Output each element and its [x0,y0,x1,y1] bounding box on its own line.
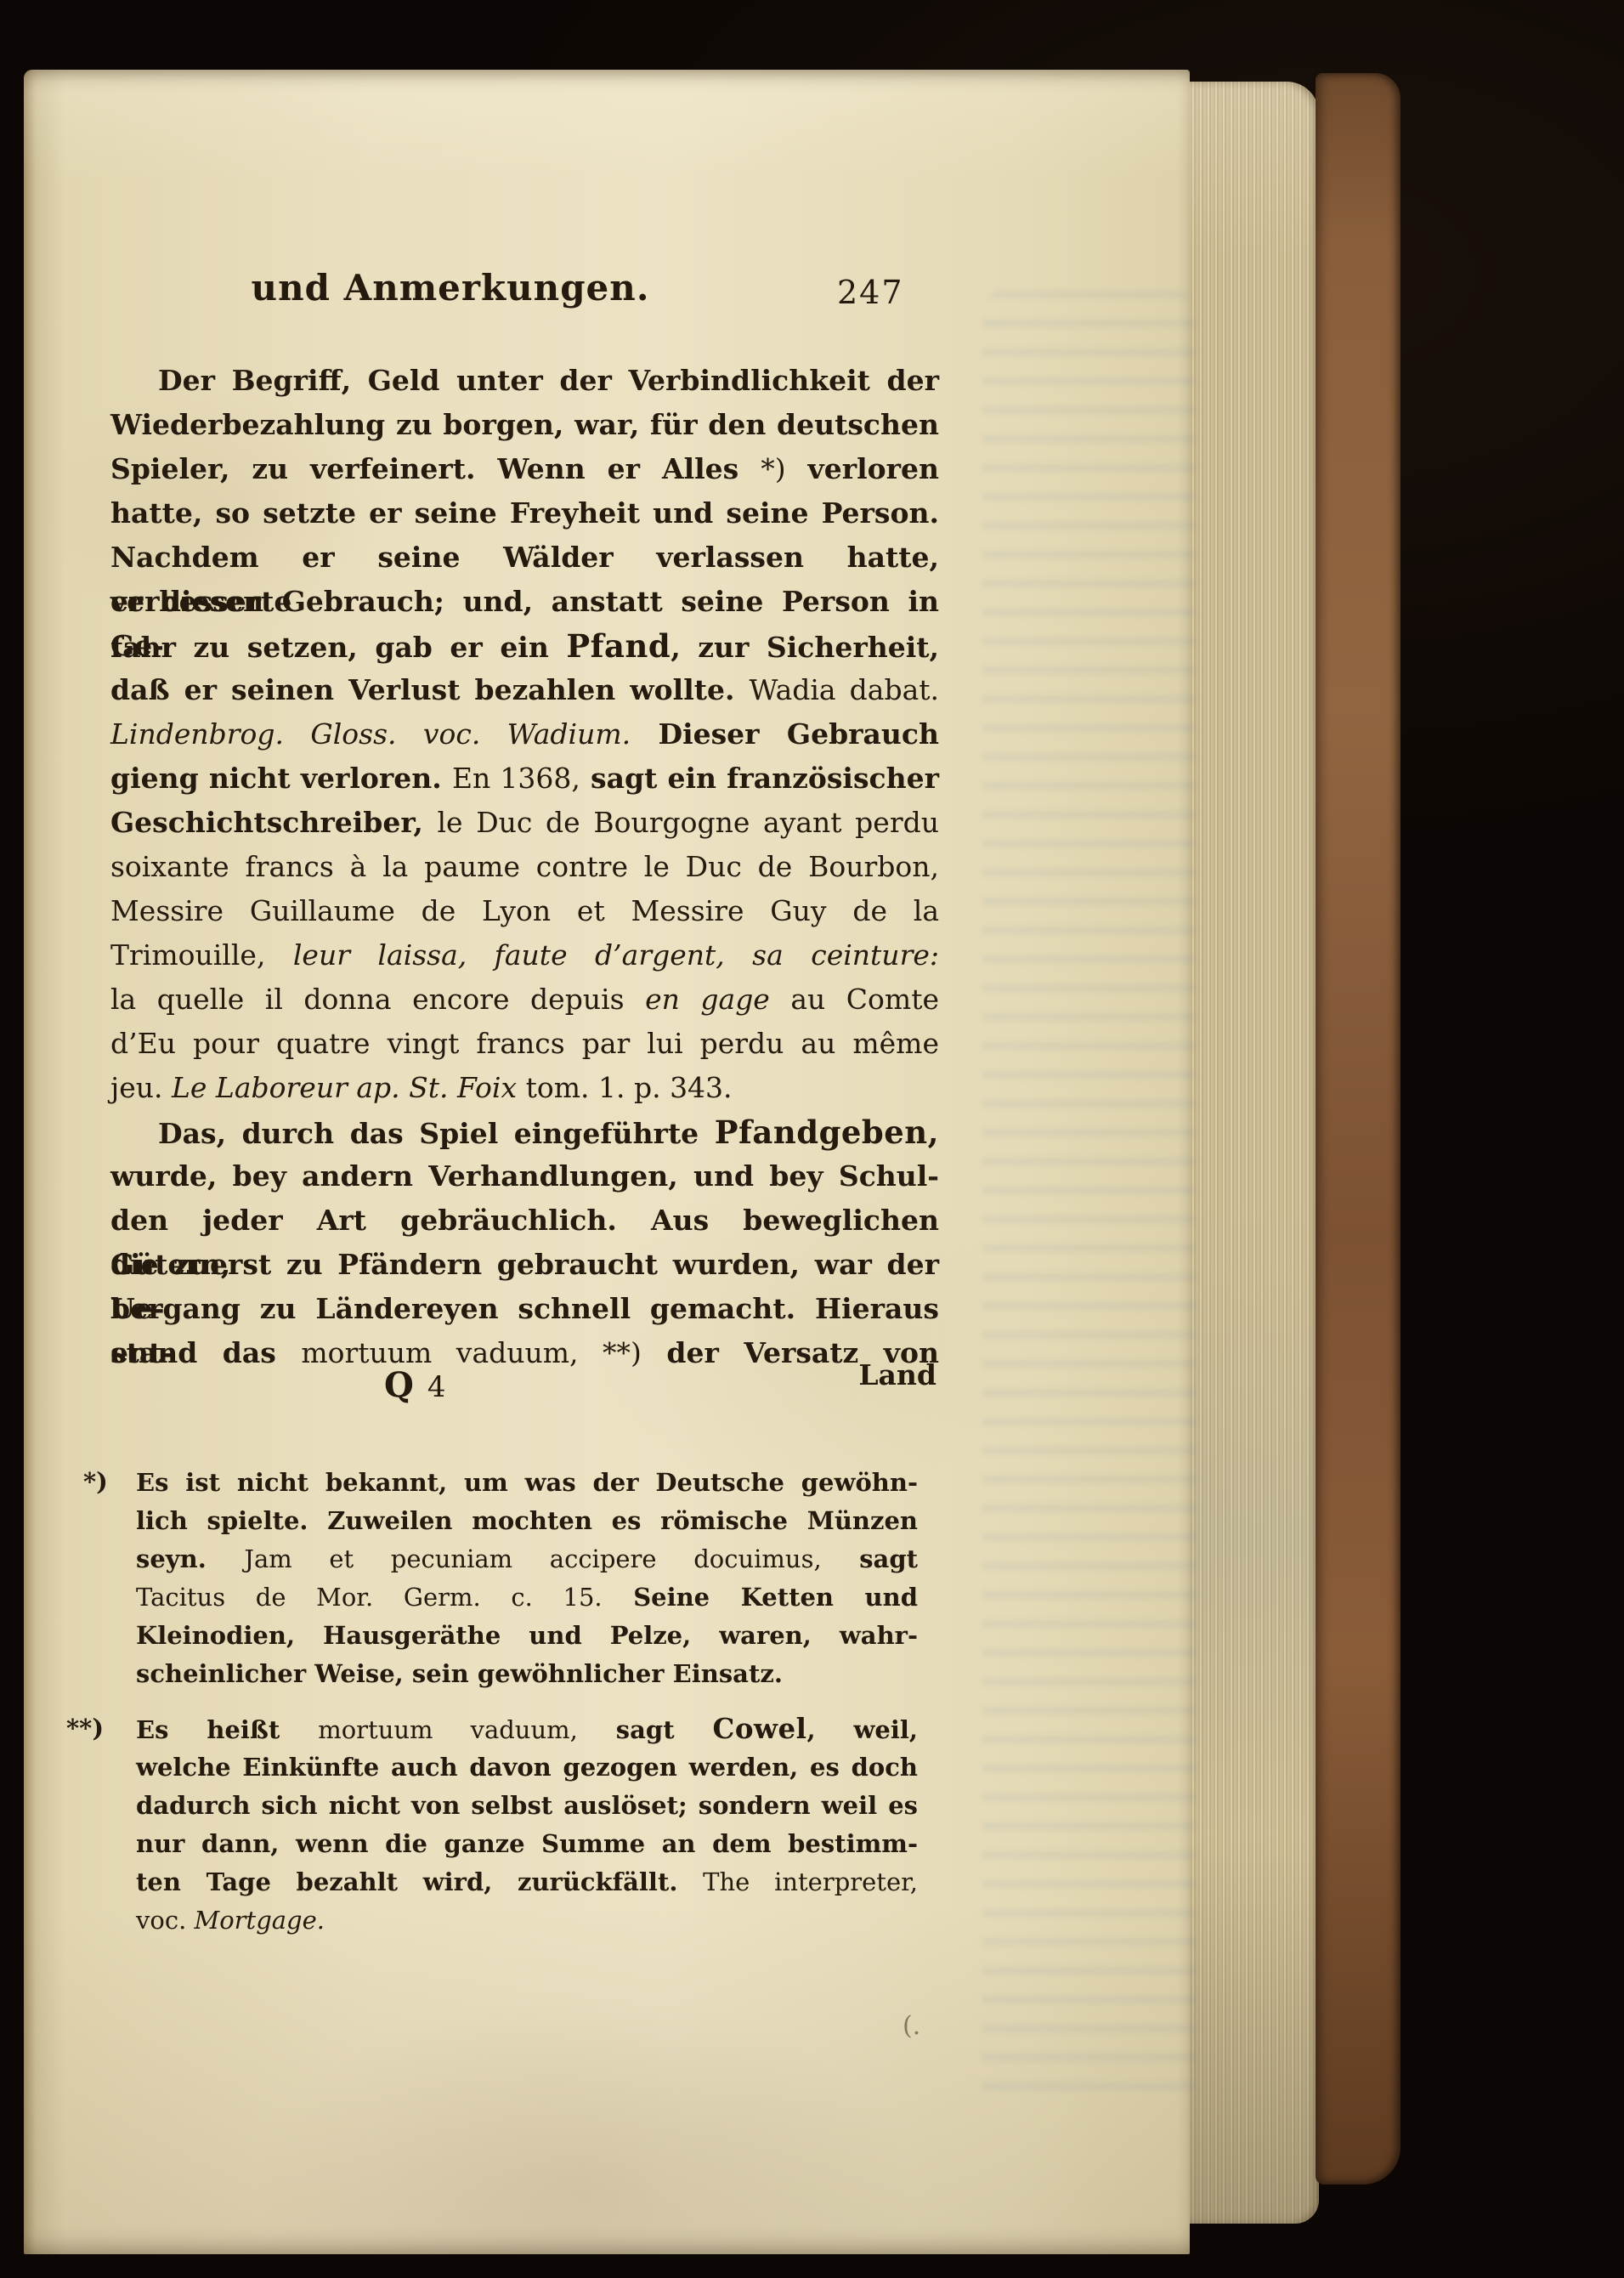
running-header-title: und Anmerkungen. [153,267,748,309]
footnote-2-text: Es heißt mortuum vaduum, sagt Cowel, wei… [136,1710,918,1940]
text-line: den jeder Art gebräuchlich. Aus beweglic… [110,1198,939,1243]
text-segment: Tacitus de Mor. Germ. c. 15. [136,1583,603,1612]
text-segment: la quelle il donna encore depuis [110,983,645,1016]
signature-letter: Q [384,1365,414,1405]
text-line: Lindenbrog. Gloss. voc. Wadium. Dieser G… [110,712,939,756]
text-line: Tacitus de Mor. Germ. c. 15. Seine Kette… [136,1578,918,1617]
photo-background: und Anmerkungen. 247 Der Begriff, Geld u… [0,0,1624,2278]
page-number: 247 [837,274,904,311]
text-line: Nachdem er seine Wälder verlassen hatte,… [110,535,939,580]
text-segment: soixante francs à la paume contre le Duc… [110,850,939,883]
text-segment: Trimouille, [110,938,293,972]
footnote-1-text: Es ist nicht bekannt, um was der Deutsch… [136,1464,918,1693]
text-segment: Cowel [713,1713,807,1745]
text-segment: *) [761,452,785,485]
text-segment: verloren [786,452,939,485]
signature-mark: Q4 [384,1365,445,1405]
text-line: Spieler, zu verfeinert. Wenn er Alles *)… [110,447,939,491]
text-segment: wurde, bey andern Verhandlungen, und bey… [110,1159,939,1193]
text-segment: Messire Guillaume de Lyon et Messire Guy… [110,894,939,927]
text-line: la quelle il donna encore depuis en gage… [110,977,939,1022]
text-line: daß er seinen Verlust bezahlen wollte. W… [110,668,939,712]
text-segment: gieng nicht verloren. [110,762,452,795]
text-line: Messire Guillaume de Lyon et Messire Guy… [110,889,939,933]
text-line: voc. Mortgage. [136,1901,918,1940]
text-segment: lich spielte. Zuweilen mochten es römisc… [136,1506,918,1535]
text-line: fahr zu setzen, gab er ein Pfand, zur Si… [110,624,939,668]
text-segment: Dieser Gebrauch [631,717,939,751]
text-segment: , zur Sicherheit, [671,631,939,664]
text-segment: nur dann, wenn die ganze Summe an dem be… [136,1829,918,1858]
text-line: hatte, so setzte er seine Freyheit und s… [110,491,939,535]
text-segment: leur laissa, faute d’argent, sa ceinture… [293,938,939,972]
text-segment: Seine Ketten und [603,1583,918,1612]
text-segment: ten Tage bezahlt wird, zurückfällt. [136,1867,703,1896]
text-segment: au Comte [770,983,939,1016]
text-segment: En 1368, [452,762,580,795]
text-segment: daß er seinen Verlust bezahlen wollte. [110,673,750,706]
text-segment: The interpreter, [703,1867,918,1896]
text-segment: sagt [822,1544,918,1573]
footnote-marker-1: *) [83,1467,108,1496]
text-segment: Mortgage. [195,1906,325,1935]
text-segment: Pfand [566,627,671,665]
text-line: d’Eu pour quatre vingt francs par lui pe… [110,1022,939,1066]
main-text-block: Der Begriff, Geld unter der Verbindlichk… [110,359,939,1375]
text-line: Es ist nicht bekannt, um was der Deutsch… [136,1464,918,1502]
text-line: er diesen Gebrauch; und, anstatt seine P… [110,580,939,624]
signature-number: 4 [427,1370,446,1404]
text-segment: Der Begriff, Geld unter der Verbindlichk… [158,364,939,397]
ink-bleed-through-overlay [982,291,1197,2110]
text-segment: en gage [645,983,770,1016]
text-segment: , weil, [806,1715,918,1744]
text-line: Das, durch das Spiel eingeführte Pfandge… [110,1110,939,1154]
text-segment: Wiederbezahlung zu borgen, war, für den … [110,408,939,441]
text-segment: Es ist nicht bekannt, um was der Deutsch… [136,1468,918,1497]
text-segment: fahr zu setzen, gab er ein [110,631,566,664]
book-fore-edge-pages [1185,82,1319,2224]
text-segment: Spieler, zu verfeinert. Wenn er Alles [110,452,761,485]
text-line: bergang zu Ländereyen schnell gemacht. H… [110,1287,939,1331]
text-line: lich spielte. Zuweilen mochten es römisc… [136,1502,918,1540]
text-line: Kleinodien, Hausgeräthe und Pelze, waren… [136,1617,918,1655]
book-leather-cover-edge [1316,73,1400,2184]
text-line: gieng nicht verloren. En 1368, sagt ein … [110,756,939,801]
text-segment: Lindenbrog. Gloss. voc. Wadium. [110,717,631,751]
text-segment: Geschichtschreiber, [110,806,437,839]
text-segment: Pfandgeben, [715,1113,939,1151]
text-line: seyn. Jam et pecuniam accipere docuimus,… [136,1540,918,1578]
catchword: Land [790,1358,936,1391]
text-segment: seyn. [136,1544,244,1573]
text-segment: tom. 1. p. 343. [517,1071,732,1104]
text-segment: welche Einkünfte auch davon gezogen werd… [136,1753,918,1782]
text-segment: Wadia dabat. [750,673,939,706]
stray-ink-mark: (. [903,2011,920,2041]
text-segment: Le Laboreur ap. St. Foix [172,1071,517,1104]
text-line: dadurch sich nicht von selbst auslöset; … [136,1787,918,1825]
text-segment: stand das [110,1336,301,1369]
text-line: Es heißt mortuum vaduum, sagt Cowel, wei… [136,1710,918,1748]
text-segment: scheinlicher Weise, sein gewöhnlicher Ei… [136,1659,783,1688]
text-line: scheinlicher Weise, sein gewöhnlicher Ei… [136,1655,918,1693]
text-line: welche Einkünfte auch davon gezogen werd… [136,1748,918,1787]
text-segment: jeu. [110,1071,172,1104]
text-segment: Jam et pecuniam accipere docuimus, [244,1544,821,1573]
text-line: wurde, bey andern Verhandlungen, und bey… [110,1154,939,1198]
text-segment: voc. [136,1906,195,1935]
text-segment: Das, durch das Spiel eingeführte [158,1117,715,1150]
text-segment: d’Eu pour quatre vingt francs par lui pe… [110,1027,939,1060]
text-segment: sagt [578,1715,713,1744]
text-segment: sagt ein französischer [580,762,939,795]
text-segment: mortuum vaduum, [318,1715,578,1744]
text-segment: Es heißt [136,1715,318,1744]
text-line: ten Tage bezahlt wird, zurückfällt. The … [136,1863,918,1901]
text-segment: mortuum vaduum, **) [301,1336,642,1369]
text-segment: dadurch sich nicht von selbst auslöset; … [136,1791,918,1820]
text-line: Trimouille, leur laissa, faute d’argent,… [110,933,939,977]
text-segment: Kleinodien, Hausgeräthe und Pelze, waren… [136,1621,918,1650]
footnote-marker-2: **) [66,1714,104,1742]
text-line: Geschichtschreiber, le Duc de Bourgogne … [110,801,939,845]
text-segment: hatte, so setzte er seine Freyheit und s… [110,496,939,530]
text-line: Der Begriff, Geld unter der Verbindlichk… [110,359,939,403]
text-line: Wiederbezahlung zu borgen, war, für den … [110,403,939,447]
text-line: nur dann, wenn die ganze Summe an dem be… [136,1825,918,1863]
text-segment: le Duc de Bourgogne ayant perdu [437,806,939,839]
text-line: jeu. Le Laboreur ap. St. Foix tom. 1. p.… [110,1066,939,1110]
text-line: die zuerst zu Pfändern gebraucht wurden,… [110,1243,939,1287]
text-line: soixante francs à la paume contre le Duc… [110,845,939,889]
